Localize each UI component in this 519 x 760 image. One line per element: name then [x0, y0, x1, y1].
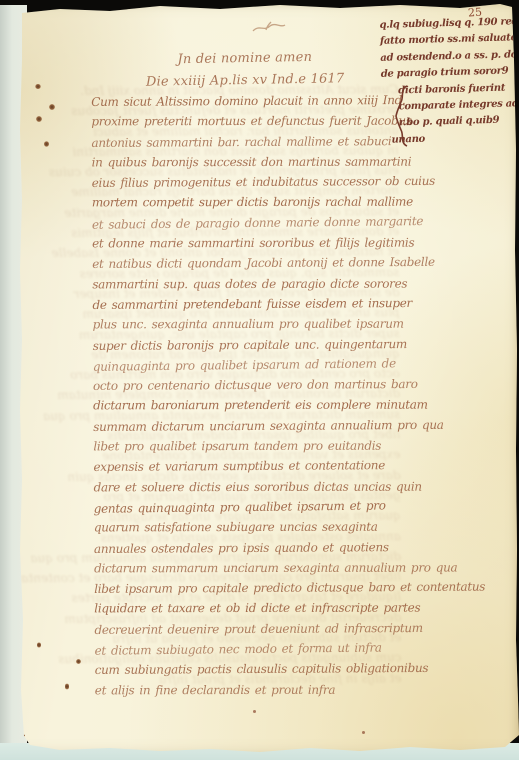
marginalia-brace [395, 85, 409, 151]
manuscript-line: dictarum summarum unciarum sexaginta ann… [94, 557, 409, 578]
manuscript-line: summam dictarum unciarum sexaginta annua… [93, 415, 408, 437]
manuscript-line: quarum satisfatione subiugare uncias sex… [94, 517, 409, 538]
manuscript-line: de sammartini pretendebant fuisse eisdem… [92, 293, 407, 315]
ink-speck [253, 710, 256, 713]
invocation-cross-icon [252, 20, 286, 39]
manuscript-line: decreuerint deuenire prout deueniunt ad … [94, 618, 409, 640]
wormhole-spot [65, 683, 69, 690]
manuscript-line: libet ipsarum pro capitale predicto dict… [94, 577, 409, 599]
manuscript-line: octo pro centenario dictusque vero don m… [93, 374, 408, 396]
manuscript-line: cum subiungatis pactis clausulis capitul… [95, 658, 410, 680]
manuscript-line: et dictum subiugato nec modo et forma ut… [94, 637, 409, 661]
manuscript-line: super dictis baronijs pro capitale unc. … [93, 334, 408, 356]
manuscript-line: libet pro qualibet ipsarum tandem pro eu… [93, 436, 408, 457]
manuscript-line: in quibus baronijs successit don martinu… [92, 152, 407, 173]
manuscript-line: plus unc. sexaginta annualium pro qualib… [93, 314, 408, 335]
manuscript-line: et alijs in fine declarandis et prout in… [95, 679, 410, 700]
paper-sheet: Cum sicut Altissimo domino placuit in an… [0, 0, 519, 760]
wormhole-spot [44, 141, 49, 147]
manuscript-line: antonius sammartini bar. rachal mallime … [91, 131, 406, 153]
manuscript-photo: Cum sicut Altissimo domino placuit in an… [0, 0, 519, 760]
ink-speck [362, 731, 365, 734]
manuscript-line: eius filius primogenitus et indubitatus … [92, 171, 407, 193]
manuscript-body: Cum sicut Altissimo domino placuit in an… [91, 90, 410, 701]
wormhole-spot [35, 84, 41, 89]
manuscript-line: expensis et variarum sumptibus et conten… [93, 455, 408, 477]
manuscript-line: et donne marie sammartini sororibus et f… [92, 233, 407, 254]
wormhole-spot [36, 116, 42, 122]
manuscript-line: annuales ostendales pro ipsis quando et … [94, 537, 409, 559]
manuscript-line: Cum sicut Altissimo domino placuit in an… [91, 90, 406, 112]
manuscript-line: liquidare et taxare et ob id dicte et in… [94, 598, 409, 619]
manuscript-line: quinquaginta pro qualibet ipsarum ad rat… [93, 353, 408, 377]
wormhole-spot [49, 104, 55, 110]
manuscript-line: mortem competit super dictis baronijs ra… [92, 192, 407, 213]
wormhole-spot [76, 659, 81, 664]
manuscript-line: dictarum baroniarum pretenderit eis comp… [93, 395, 408, 416]
manuscript-line: et sabuci dos de paragio donne marie don… [92, 211, 407, 235]
manuscript-line: proxime preteriti mortuus et defunctus f… [91, 111, 406, 132]
manuscript-line: et natibus dicti quondam Jacobi antonij … [92, 252, 407, 274]
manuscript-line: sammartini sup. quas dotes de paragio di… [92, 273, 407, 294]
wormhole-spot [37, 642, 41, 648]
manuscript-line: dare et soluere dictis eius sororibus di… [94, 476, 409, 497]
heading: Jn dei nomine amen Die xxiiij Ap.lis xv … [135, 46, 356, 94]
marginal-note-line: unano [391, 129, 519, 149]
manuscript-line: gentas quinquaginta pro qualibet ipsarum… [94, 495, 409, 519]
